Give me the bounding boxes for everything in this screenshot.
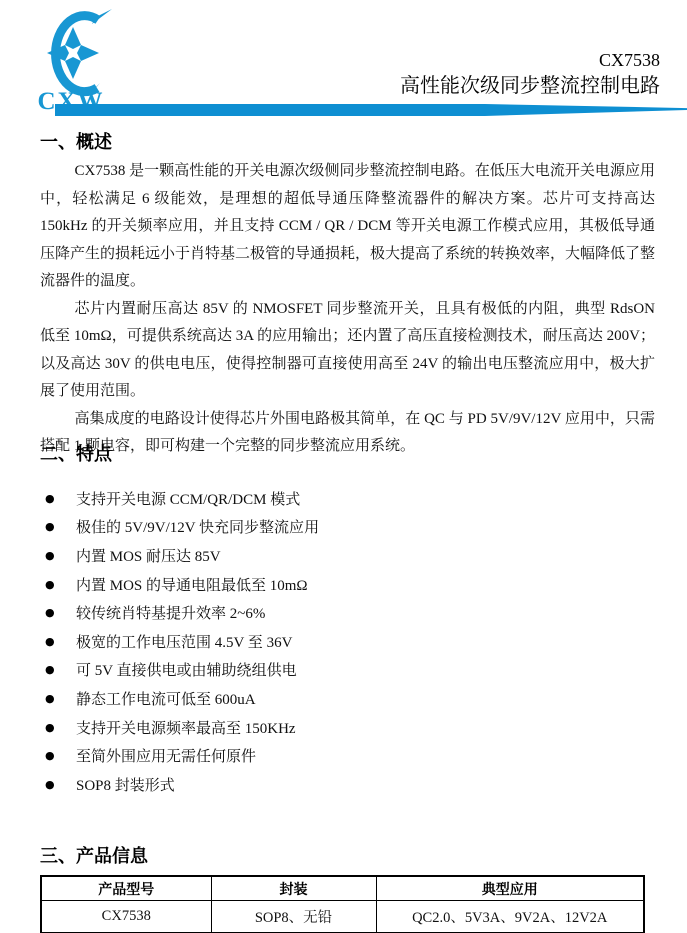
bullet-icon: ● <box>45 722 57 733</box>
overview-paragraph: CX7538 是一颗高性能的开关电源次级侧同步整流控制电路。在低压大电流开关电源… <box>40 158 655 296</box>
feature-item: ● SOP8 封装形式 <box>40 770 655 799</box>
part-number: CX7538 <box>400 47 660 73</box>
overview-paragraph: 芯片内置耐压高达 85V 的 NMOSFET 同步整流开关，且具有极低的内阻，典… <box>40 296 655 406</box>
section-title-overview: 一、概述 <box>40 128 112 154</box>
bullet-icon: ● <box>45 693 57 704</box>
feature-item: ● 可 5V 直接供电或由辅助绕组供电 <box>40 656 655 685</box>
feature-item-label: 内置 MOS 耐压达 85V <box>76 545 221 566</box>
feature-list: ● 支持开关电源 CCM/QR/DCM 模式 ● 极佳的 5V/9V/12V 快… <box>40 484 655 799</box>
feature-item: ● 极宽的工作电压范围 4.5V 至 36V <box>40 627 655 656</box>
section-title-product-info: 三、产品信息 <box>40 842 148 868</box>
feature-item: ● 支持开关电源 CCM/QR/DCM 模式 <box>40 484 655 513</box>
feature-item-label: 支持开关电源频率最高至 150KHz <box>76 717 296 738</box>
bullet-icon: ● <box>45 521 57 532</box>
feature-item-label: 至简外围应用无需任何原件 <box>76 745 256 766</box>
feature-item: ● 静态工作电流可低至 600uA <box>40 684 655 713</box>
feature-item-label: 可 5V 直接供电或由辅助绕组供电 <box>76 659 297 680</box>
feature-item-label: 支持开关电源 CCM/QR/DCM 模式 <box>76 488 300 509</box>
document-title: 高性能次级同步整流控制电路 <box>400 73 660 99</box>
bullet-icon: ● <box>45 579 57 590</box>
col-header-package: 封装 <box>211 876 376 901</box>
datasheet-page: CXW CX7538 高性能次级同步整流控制电路 一、概述 CX7538 是一颗… <box>0 0 687 933</box>
table-row: CX7538 SOP8、无铅 QC2.0、5V3A、9V2A、12V2A <box>41 901 644 933</box>
document-header: CX7538 高性能次级同步整流控制电路 <box>400 47 660 99</box>
bullet-icon: ● <box>45 779 57 790</box>
feature-item-label: 内置 MOS 的导通电阻最低至 10mΩ <box>76 574 308 595</box>
feature-item: ● 极佳的 5V/9V/12V 快充同步整流应用 <box>40 513 655 542</box>
bullet-icon: ● <box>45 607 57 618</box>
bullet-icon: ● <box>45 750 57 761</box>
bullet-icon: ● <box>45 664 57 675</box>
bullet-icon: ● <box>45 636 57 647</box>
overview-paragraph: 高集成度的电路设计使得芯片外围电路极其简单，在 QC 与 PD 5V/9V/12… <box>40 406 655 461</box>
overview-paragraphs: CX7538 是一颗高性能的开关电源次级侧同步整流控制电路。在低压大电流开关电源… <box>40 158 655 461</box>
feature-item: ● 内置 MOS 的导通电阻最低至 10mΩ <box>40 570 655 599</box>
feature-item-label: SOP8 封装形式 <box>76 774 175 795</box>
col-header-typical-application: 典型应用 <box>376 876 644 901</box>
feature-item-label: 极佳的 5V/9V/12V 快充同步整流应用 <box>76 516 319 537</box>
cell-part-number: CX7538 <box>41 901 211 933</box>
feature-item: ● 支持开关电源频率最高至 150KHz <box>40 713 655 742</box>
cell-package: SOP8、无铅 <box>211 901 376 933</box>
col-header-part-number: 产品型号 <box>41 876 211 901</box>
cell-typical-application: QC2.0、5V3A、9V2A、12V2A <box>376 901 644 933</box>
feature-item: ● 较传统肖特基提升效率 2~6% <box>40 598 655 627</box>
bullet-icon: ● <box>45 493 57 504</box>
feature-item-label: 较传统肖特基提升效率 2~6% <box>76 602 265 623</box>
product-info-table: 产品型号 封装 典型应用 CX7538 SOP8、无铅 QC2.0、5V3A、9… <box>40 875 645 933</box>
feature-item-label: 极宽的工作电压范围 4.5V 至 36V <box>76 631 292 652</box>
bullet-icon: ● <box>45 550 57 561</box>
feature-item-label: 静态工作电流可低至 600uA <box>76 688 256 709</box>
company-logo-icon: CXW <box>34 6 112 112</box>
table-header-row: 产品型号 封装 典型应用 <box>41 876 644 901</box>
feature-item: ● 至简外围应用无需任何原件 <box>40 741 655 770</box>
section-title-features: 二、特点 <box>40 440 112 466</box>
header-accent-bar <box>55 104 687 116</box>
feature-item: ● 内置 MOS 耐压达 85V <box>40 541 655 570</box>
